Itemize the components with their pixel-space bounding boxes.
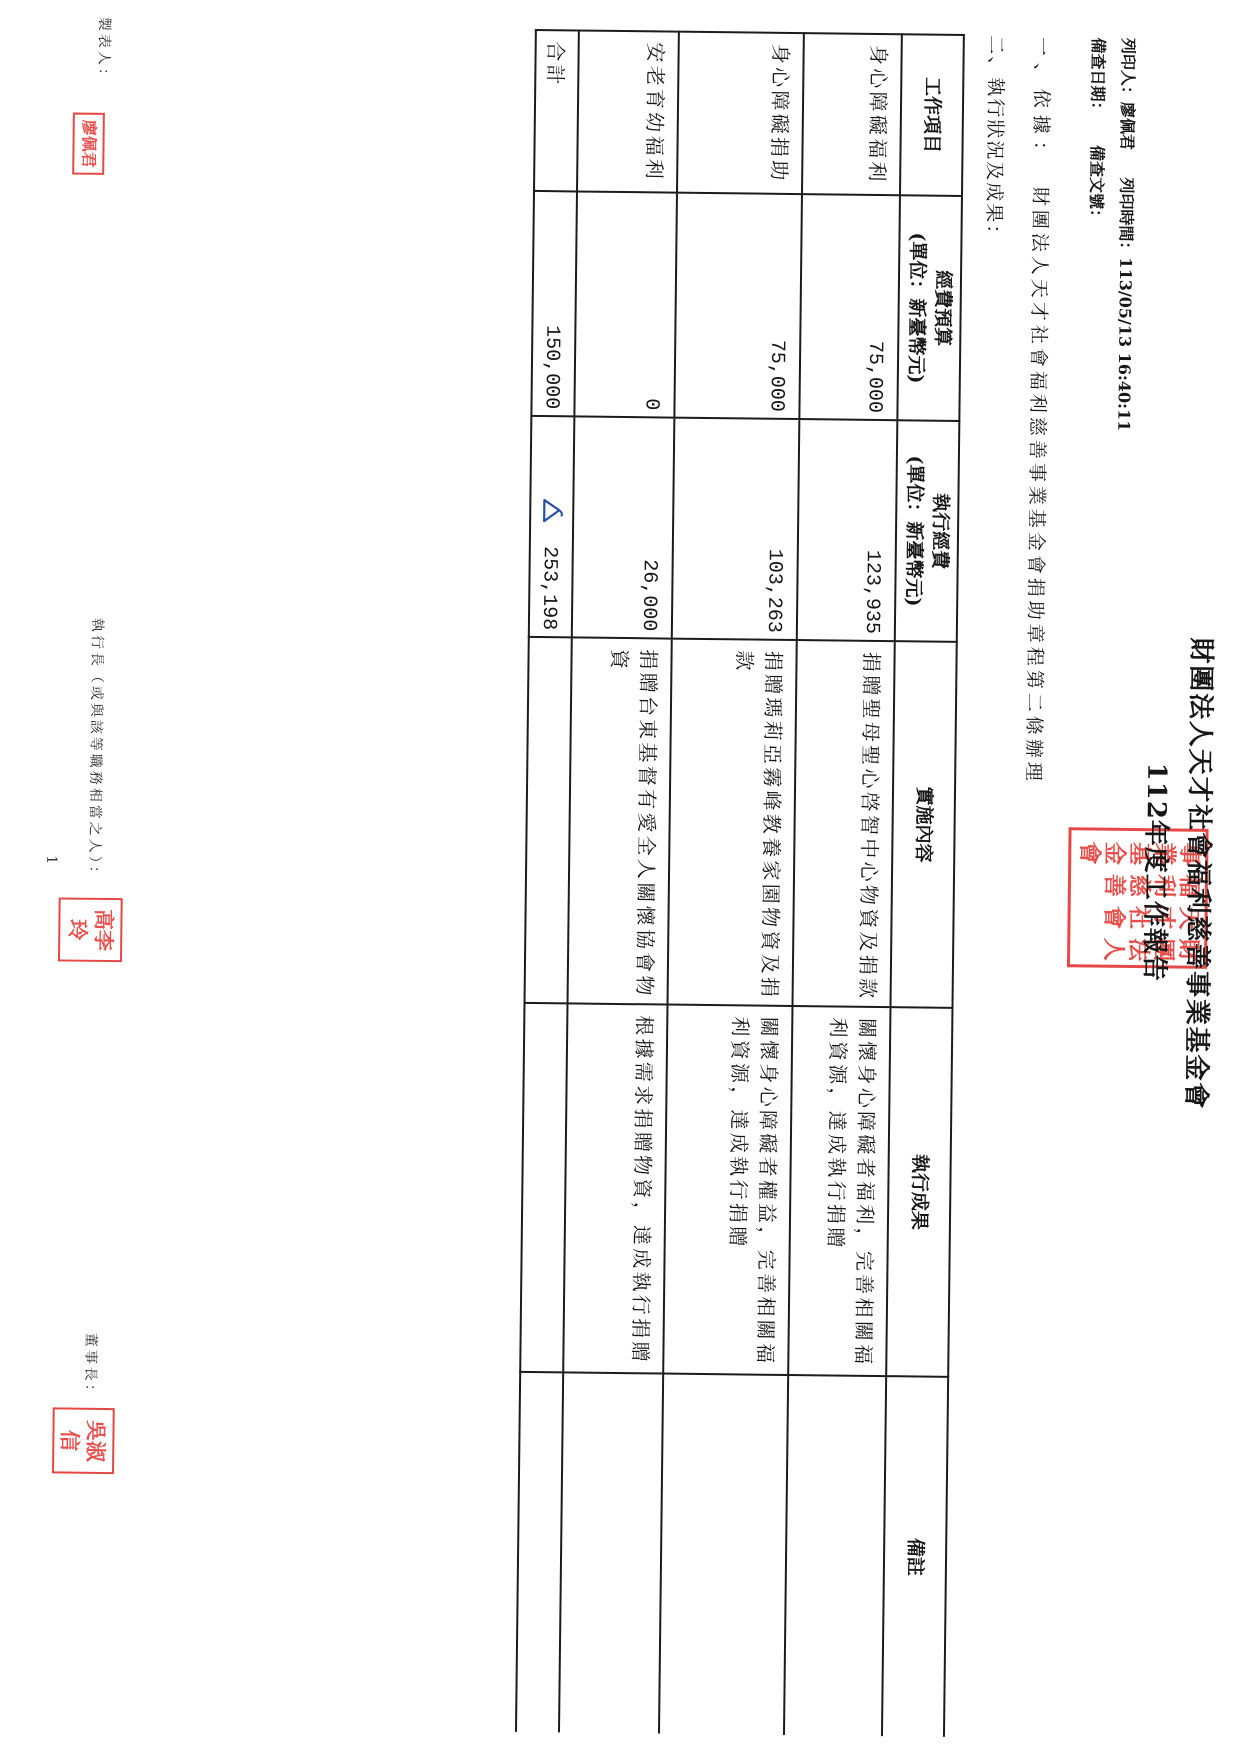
cell-content: 捐贈聖母聖心啓智中心物資及捐款 bbox=[792, 640, 894, 1007]
executive-seal: 高李玲 bbox=[58, 897, 123, 962]
preparer-seal: 廖佩君 bbox=[72, 113, 105, 175]
cell-total-budget: 150,000 bbox=[531, 191, 577, 416]
print-time: 113/05/13 16:40:11 bbox=[1114, 257, 1135, 431]
header-text: 備註 bbox=[900, 1377, 930, 1736]
print-time-label: 列印時間： bbox=[1116, 177, 1136, 257]
cell-spent: 103,263 bbox=[672, 418, 800, 640]
table-row: 安老育幼福利 0 26,000 捐贈台東基督有愛全人關懷協會物資 根據需求捐贈物… bbox=[559, 30, 679, 1733]
report-sheet: 財團法人 天才社會 福利慈善 事業基金會 財團法人天才社會福利慈善事業基金會 1… bbox=[0, 0, 1240, 1753]
cell-total-result bbox=[520, 1003, 567, 1372]
cell-result: 關懷身心障礙者權益，完善相關福利資源，達成執行捐贈 bbox=[663, 1005, 792, 1375]
header-content: 實施內容 bbox=[890, 641, 956, 1008]
cell-total-label: 合計 bbox=[534, 30, 579, 191]
cell-content: 捐贈瑪莉亞霧峰教養家園物資及捐款 bbox=[667, 639, 796, 1006]
header-unit-text: (單位：新臺幣元) bbox=[900, 421, 929, 640]
printer-label: 列印人： bbox=[1118, 38, 1138, 102]
cell-budget: 0 bbox=[574, 191, 677, 417]
header-text: 經費預算 bbox=[928, 197, 957, 420]
chairman-seal: 吳淑信 bbox=[52, 1407, 115, 1474]
cell-budget: 75,000 bbox=[674, 193, 802, 419]
printer-name: 廖佩君 bbox=[1118, 102, 1138, 150]
cell-note bbox=[784, 1375, 886, 1736]
header-text: 執行經費 bbox=[926, 422, 955, 641]
blue-triangle-check-icon bbox=[542, 497, 563, 524]
basis-text: 財團法人天才社會福利慈善事業基金會捐助章程第二條辦理 bbox=[1022, 187, 1051, 785]
total-spent-value: 253,198 bbox=[537, 546, 561, 630]
header-text: 工作項目 bbox=[918, 35, 946, 194]
executive-signature-label: 執行長（或與該等職務相當之人）： bbox=[85, 618, 106, 883]
cell-work-item: 身心障礙捐助 bbox=[677, 32, 804, 194]
cell-work-item: 身心障礙福利 bbox=[802, 33, 902, 195]
header-unit-text: (單位：新臺幣元) bbox=[902, 196, 931, 419]
cell-work-item: 安老育幼福利 bbox=[577, 30, 679, 192]
work-report-table: 工作項目 經費預算(單位：新臺幣元) 執行經費(單位：新臺幣元) 實施內容 執行… bbox=[515, 29, 965, 1737]
cell-note bbox=[659, 1374, 788, 1735]
header-note: 備註 bbox=[882, 1376, 948, 1737]
status-section-heading: 二、執行狀況及成果： bbox=[981, 35, 1007, 245]
table-row: 身心障礙福利 75,000 123,935 捐贈聖母聖心啓智中心物資及捐款 關懷… bbox=[784, 33, 902, 1736]
page-number: 1 bbox=[42, 855, 60, 864]
header-work-item: 工作項目 bbox=[900, 34, 964, 196]
preparer-signature-label: 製表人： bbox=[94, 17, 113, 85]
header-text: 實施內容 bbox=[908, 642, 938, 1006]
cell-result: 根據需求捐贈物資，達成執行捐贈 bbox=[563, 1003, 667, 1373]
cell-budget: 75,000 bbox=[799, 194, 900, 420]
chairman-signature-label: 董事長： bbox=[81, 1333, 100, 1401]
print-info-line: 列印人：廖佩君 列印時間：113/05/13 16:40:11 bbox=[1113, 38, 1138, 432]
header-text: 執行成果 bbox=[904, 1008, 934, 1375]
filing-date-label: 備查日期： bbox=[1088, 37, 1108, 117]
cell-total-content bbox=[525, 637, 572, 1003]
cell-total-note bbox=[516, 1372, 563, 1732]
header-result: 執行成果 bbox=[886, 1007, 952, 1377]
basis-label: 一、依據： bbox=[1028, 37, 1054, 187]
cell-total-spent: 253,198 bbox=[529, 416, 575, 637]
cell-spent: 123,935 bbox=[797, 419, 898, 641]
cell-spent: 26,000 bbox=[572, 416, 675, 638]
cell-content: 捐贈台東基督有愛全人關懷協會物資 bbox=[568, 637, 672, 1004]
basis-section: 一、依據：財團法人天才社會福利慈善事業基金會捐助章程第二條辦理 bbox=[1021, 37, 1054, 785]
table-row: 身心障礙捐助 75,000 103,263 捐贈瑪莉亞霧峰教養家園物資及捐款 關… bbox=[659, 32, 804, 1735]
cell-result: 關懷身心障礙者福利，完善相關福利資源，達成執行捐贈 bbox=[788, 1006, 890, 1376]
filing-info-line: 備查日期： 備查文號： bbox=[1086, 37, 1108, 225]
filing-doc-no-label: 備查文號： bbox=[1087, 145, 1107, 225]
header-spent: 執行經費(單位：新臺幣元) bbox=[895, 420, 960, 642]
scanned-report-page: 財團法人 天才社會 福利慈善 事業基金會 財團法人天才社會福利慈善事業基金會 1… bbox=[0, 0, 1240, 1753]
cell-note bbox=[559, 1372, 663, 1733]
header-budget: 經費預算(單位：新臺幣元) bbox=[897, 195, 962, 421]
